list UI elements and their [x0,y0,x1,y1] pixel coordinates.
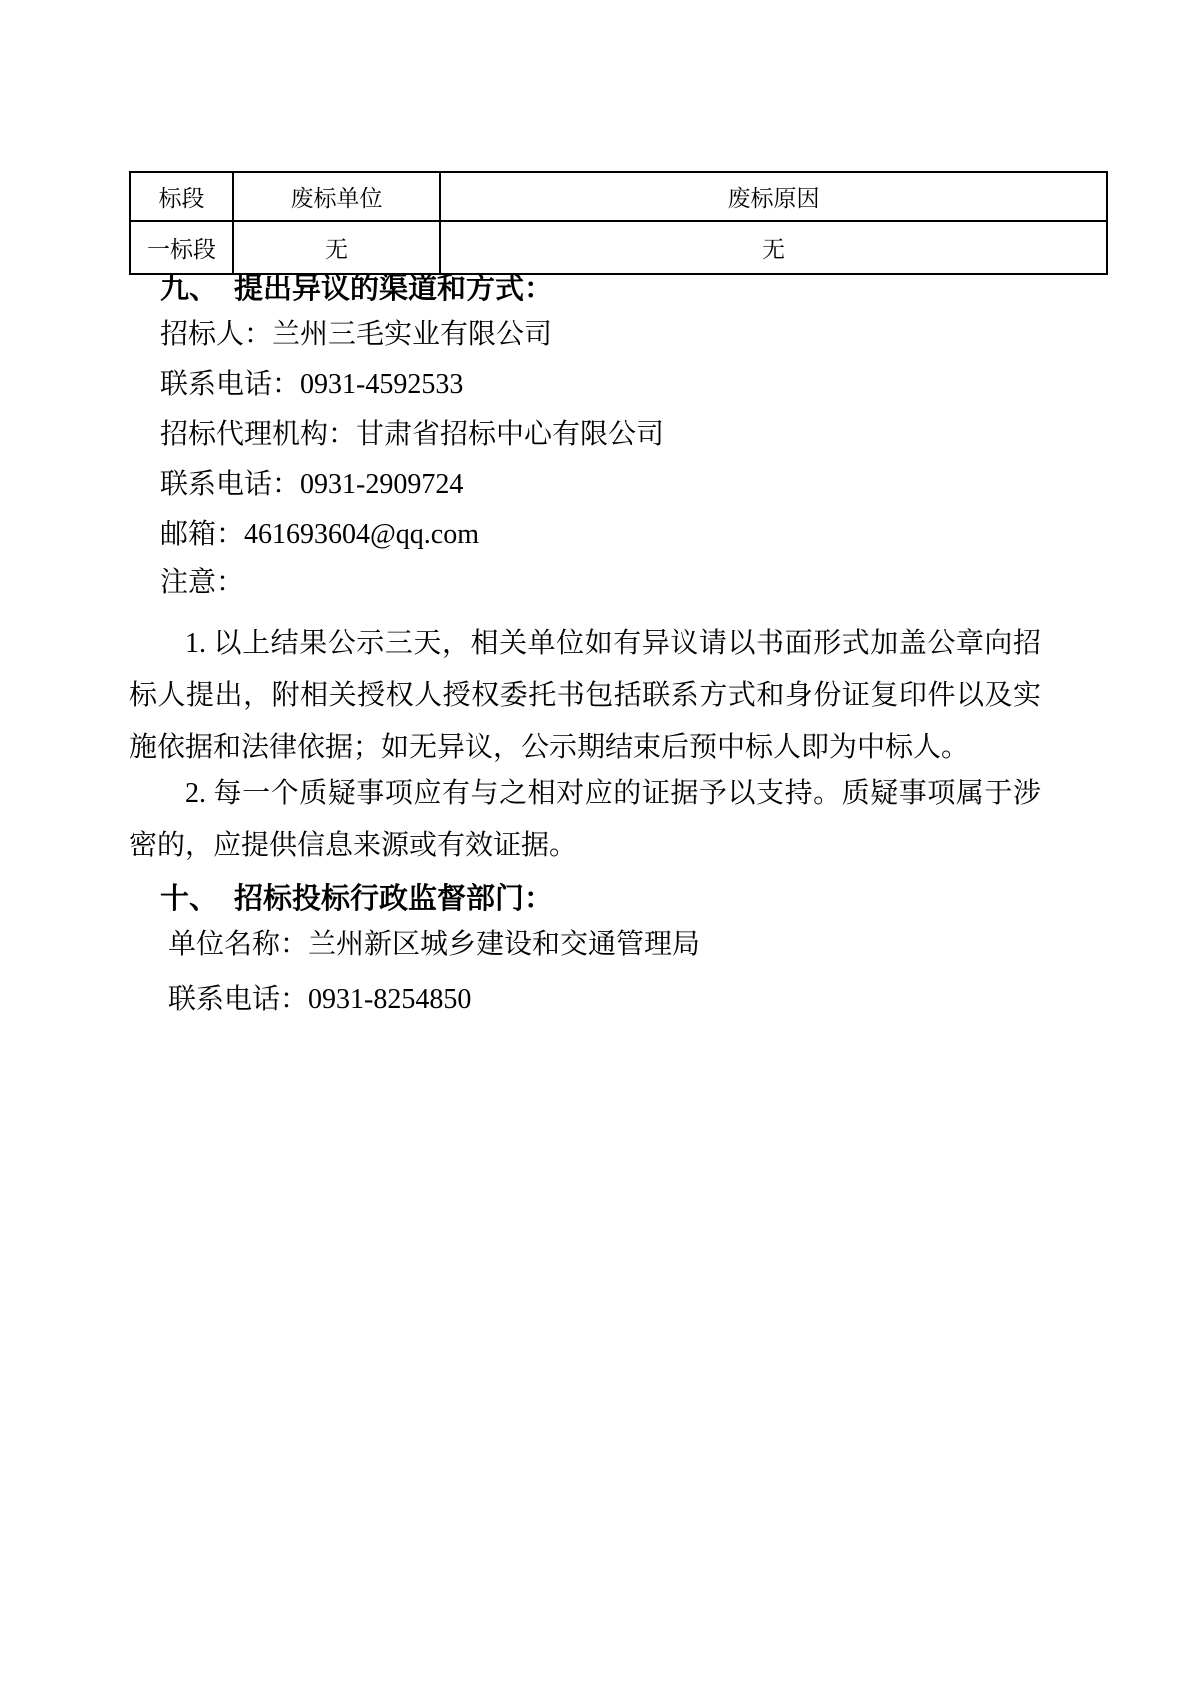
tenderer-label: 招标人： [160,319,272,350]
section-9-heading: 九、提出异议的渠道和方式： [160,272,1040,306]
section-9-number: 九、 [160,272,218,306]
table-cell-section: 一标段 [130,221,233,274]
table-header-rejected-reason: 废标原因 [440,172,1107,221]
rejected-bid-table: 标段 废标单位 废标原因 一标段 无 无 [129,171,1108,275]
email-label: 邮箱： [160,519,244,550]
section-9-title: 提出异议的渠道和方式： [234,273,553,305]
table-row: 一标段 无 无 [130,221,1107,274]
supervisor-name-value: 兰州新区城乡建设和交通管理局 [308,929,700,960]
tenderer-phone-value: 0931-4592533 [300,369,463,400]
document-page: 标段 废标单位 废标原因 一标段 无 无 九、提出异议的渠道和方式： 招标人：兰… [0,0,1191,1684]
section-10-number: 十、 [160,882,218,916]
table-header-section: 标段 [130,172,233,221]
field-tenderer-phone: 联系电话：0931-4592533 [160,360,1040,410]
email-value: 461693604@qq.com [244,519,479,550]
section-10-title: 招标投标行政监督部门： [234,883,553,915]
agency-phone-value: 0931-2909724 [300,469,463,500]
notice-paragraph-1: 1. 以上结果公示三天，相关单位如有异议请以书面形式加盖公章向招标人提出，附相关… [129,618,1041,774]
tenderer-value: 兰州三毛实业有限公司 [272,319,552,350]
agency-value: 甘肃省招标中心有限公司 [356,419,664,450]
field-supervisor-name: 单位名称：兰州新区城乡建设和交通管理局 [168,920,1048,970]
tenderer-phone-label: 联系电话： [160,369,300,400]
supervisor-name-label: 单位名称： [168,929,308,960]
table-cell-rejected-reason: 无 [440,221,1107,274]
section-10-heading: 十、招标投标行政监督部门： [160,882,1040,916]
field-email: 邮箱：461693604@qq.com [160,510,1040,560]
agency-label: 招标代理机构： [160,419,356,450]
agency-phone-label: 联系电话： [160,469,300,500]
field-agency: 招标代理机构：甘肃省招标中心有限公司 [160,410,1040,460]
field-note-label: 注意： [160,558,1040,608]
supervisor-phone-label: 联系电话： [168,984,308,1015]
field-supervisor-phone: 联系电话：0931-8254850 [168,975,1048,1025]
field-tenderer: 招标人：兰州三毛实业有限公司 [160,310,1040,360]
note-label: 注意： [160,567,244,598]
supervisor-phone-value: 0931-8254850 [308,984,471,1015]
field-agency-phone: 联系电话：0931-2909724 [160,460,1040,510]
table-cell-rejected-unit: 无 [233,221,440,274]
table-header-rejected-unit: 废标单位 [233,172,440,221]
table-header-row: 标段 废标单位 废标原因 [130,172,1107,221]
notice-paragraph-2: 2. 每一个质疑事项应有与之相对应的证据予以支持。质疑事项属于涉密的，应提供信息… [129,768,1041,872]
